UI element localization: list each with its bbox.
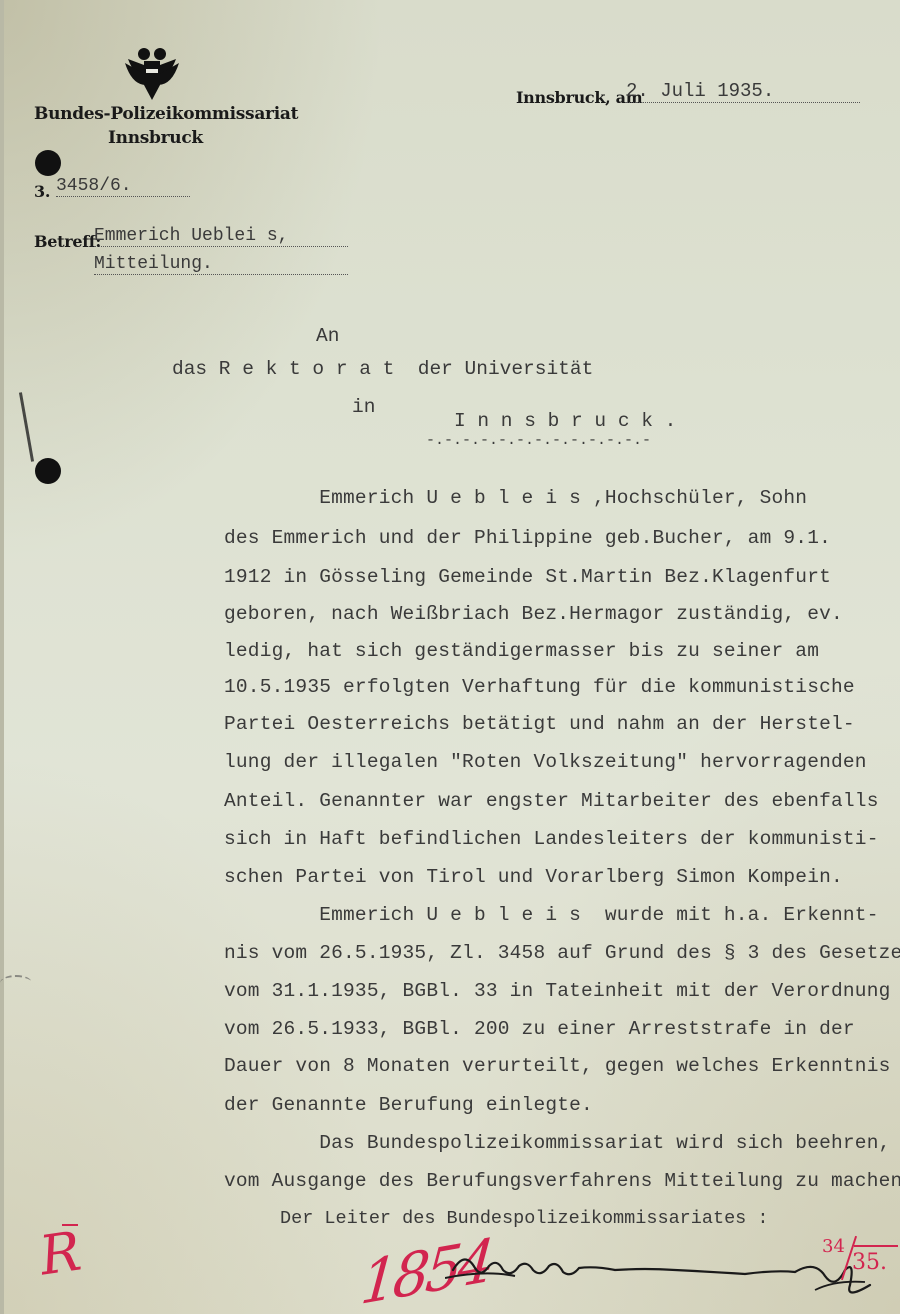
body-line-1: Emmerich U e b l e i s ,Hochschüler, Soh… <box>224 487 807 509</box>
signatory-title: Der Leiter des Bundespolizeikommissariat… <box>280 1208 768 1229</box>
red-fraction-bottom: 35. <box>852 1250 887 1275</box>
handwritten-signature-icon <box>445 1240 885 1310</box>
dateline-place: Innsbruck, am <box>516 88 642 107</box>
reference-number: 3458/6. <box>56 176 190 197</box>
paper-damage-mark <box>0 975 32 991</box>
paper-left-edge <box>0 0 4 1314</box>
body-line-15: vom 26.5.1933, BGBl. 200 zu einer Arrest… <box>224 1018 855 1040</box>
body-line-8: lung der illegalen "Roten Volkszeitung" … <box>224 751 867 773</box>
address-city: I n n s b r u c k . <box>454 410 676 432</box>
subject-name: Emmerich Ueblei s, <box>94 226 348 247</box>
address-in: in <box>352 396 375 418</box>
body-line-17: der Genannte Berufung einlegte. <box>224 1094 593 1116</box>
body-line-4: geboren, nach Weißbriach Bez.Hermagor zu… <box>224 603 843 625</box>
tear-mark <box>19 392 34 461</box>
punch-hole-top <box>35 150 61 176</box>
red-initial-overline <box>62 1224 78 1226</box>
punch-hole-bottom <box>35 458 61 484</box>
body-line-11: schen Partei von Tirol und Vorarlberg Si… <box>224 866 843 888</box>
body-line-10: sich in Haft befindlichen Landesleiters … <box>224 828 879 850</box>
red-fraction-bar <box>854 1245 898 1247</box>
dateline-date: 2. Juli 1935. <box>626 80 860 103</box>
red-fraction-top: 34 <box>822 1236 845 1257</box>
body-line-6: 10.5.1935 erfolgten Verhaftung für die k… <box>224 676 855 698</box>
subject-topic: Mitteilung. <box>94 254 348 275</box>
body-line-5: ledig, hat sich geständigermasser bis zu… <box>224 640 819 662</box>
address-underline: -.-.-.-.-.-.-.-.-.-.-.-.- <box>426 432 651 449</box>
body-line-3: 1912 in Gösseling Gemeinde St.Martin Bez… <box>224 566 831 588</box>
authority-name: Bundes-Polizeikommissariat <box>34 104 298 124</box>
address-to: An <box>316 325 339 347</box>
body-line-9: Anteil. Genannter war engster Mitarbeite… <box>224 790 879 812</box>
body-line-2: des Emmerich und der Philippine geb.Buch… <box>224 527 831 549</box>
body-line-19: vom Ausgange des Berufungsverfahrens Mit… <box>224 1170 900 1192</box>
body-line-18: Das Bundespolizeikommissariat wird sich … <box>224 1132 891 1154</box>
body-line-13: nis vom 26.5.1935, Zl. 3458 auf Grund de… <box>224 942 900 964</box>
body-line-12: Emmerich U e b l e i s wurde mit h.a. Er… <box>224 904 879 926</box>
subject-label: Betreff: <box>34 232 101 251</box>
body-line-14: vom 31.1.1935, BGBl. 33 in Tateinheit mi… <box>224 980 891 1002</box>
austrian-eagle-emblem-icon <box>124 45 180 101</box>
red-initial-mark: R <box>36 1219 85 1287</box>
authority-city: Innsbruck <box>108 128 203 148</box>
reference-prefix: 3. <box>34 182 50 201</box>
body-line-7: Partei Oesterreichs betätigt und nahm an… <box>224 713 855 735</box>
address-recipient: das R e k t o r a t der Universität <box>172 358 593 380</box>
body-line-16: Dauer von 8 Monaten verurteilt, gegen we… <box>224 1055 891 1077</box>
